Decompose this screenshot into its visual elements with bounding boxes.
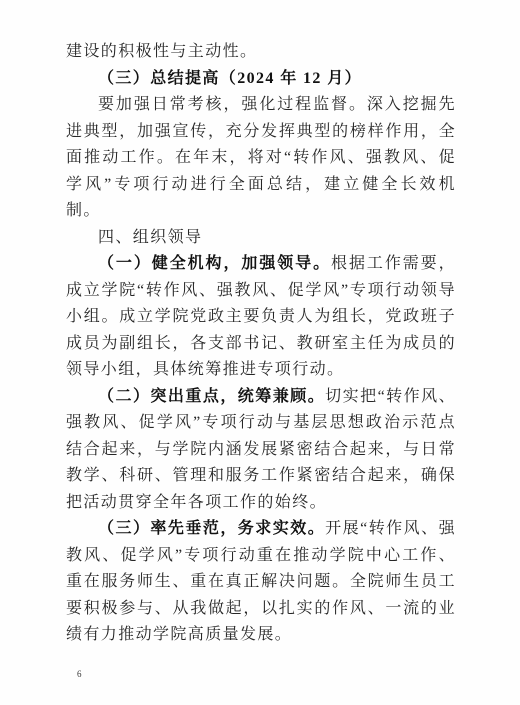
paragraph-text: 建设的积极性与主动性。 [66,43,257,60]
paragraph-item-2: （二）突出重点，统筹兼顾。切实把“转作风、强教风、促学风”专项行动与基层思想政治… [66,384,456,517]
paragraph-text: 切实把“转作风、强教风、促学风”专项行动与基层思想政治示范点结合起来，与学院内涵… [66,388,456,511]
paragraph-text: 开展“转作风、强教风、促学风”专项行动重在推动学院中心工作、重在服务师生、重在真… [66,520,456,643]
paragraph-lead-bold: （三）率先垂范，务求实效。 [98,520,325,537]
paragraph-item-1: （一）健全机构，加强领导。根据工作需要，成立学院“转作风、强教风、促学风”专项行… [66,251,456,384]
document-page: 建设的积极性与主动性。（三）总结提高（2024 年 12 月）要加强日常考核，强… [0,0,520,705]
paragraph-text: 四、组织领导 [98,229,202,246]
paragraph-lead-bold: （三）总结提高（2024 年 12 月） [98,70,362,87]
heading-section-3-summary: （三）总结提高（2024 年 12 月） [66,66,456,93]
paragraph-lead-bold: （一）健全机构，加强领导。 [98,255,331,272]
document-body: 建设的积极性与主动性。（三）总结提高（2024 年 12 月）要加强日常考核，强… [66,39,456,649]
paragraph-item-3: （三）率先垂范，务求实效。开展“转作风、强教风、促学风”专项行动重在推动学院中心… [66,516,456,649]
paragraph-text: 要加强日常考核，强化过程监督。深入挖掘先进典型，加强宣传，充分发挥典型的榜样作用… [66,96,456,219]
page-number: 6 [77,669,82,679]
paragraph-summary-body: 要加强日常考核，强化过程监督。深入挖掘先进典型，加强宣传，充分发挥典型的榜样作用… [66,92,456,225]
paragraph-lead-bold: （二）突出重点，统筹兼顾。 [98,388,325,405]
paragraph-text: 根据工作需要，成立学院“转作风、强教风、促学风”专项行动领导小组。成立学院党政主… [66,255,456,378]
heading-part-4-organization: 四、组织领导 [66,225,456,252]
paragraph-continuation: 建设的积极性与主动性。 [66,39,456,66]
